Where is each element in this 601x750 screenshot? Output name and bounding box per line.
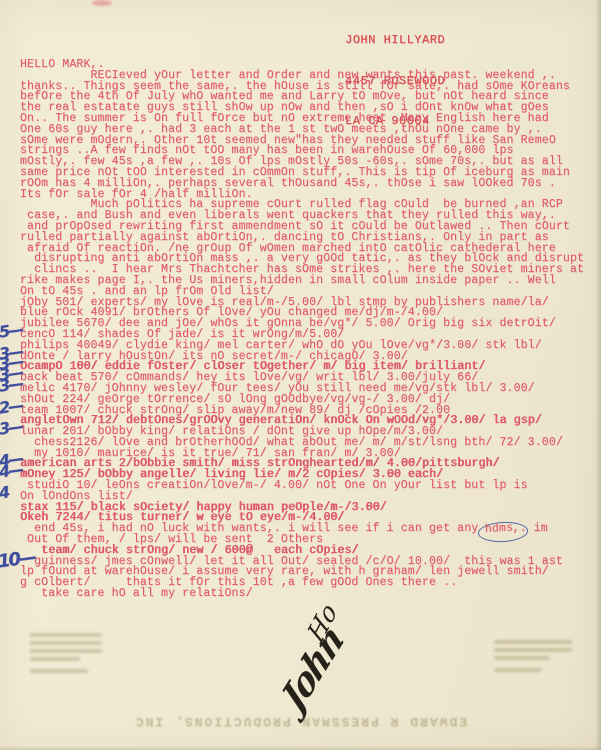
showthrough-text-block-right (494, 640, 572, 676)
letter-body: HELLO MARK,. RECIeved yOur letter and Or… (20, 60, 595, 600)
sender-name: JOHN HILLYARD (345, 34, 445, 48)
pink-smudge (92, 0, 112, 6)
margin-annotation: 4— (0, 465, 23, 479)
letter-line: take care hO all my relatiOns/ (20, 589, 595, 600)
showthrough-text-block-left (30, 633, 102, 677)
margin-annotation: 4 (0, 487, 9, 499)
letter-page: JOHN HILLYARD 4457 ROSEWOOD LA CA 90004 … (0, 0, 601, 750)
margin-annotation: 2— (0, 400, 23, 414)
signature-word-2: John (275, 617, 350, 721)
showthrough-company-text: EDWARD R PRESSMAN PRODUCTIONS, INC (0, 714, 601, 729)
margin-annotation: 3— (0, 378, 23, 392)
margin-annotation: 3— (0, 422, 23, 436)
signature: Ho John (252, 600, 402, 730)
margin-annotation: 5— (0, 324, 23, 338)
paper-edge-bottom (0, 746, 601, 750)
paper-edge-right (595, 0, 601, 750)
letter-line-text: take care hO all my relatiOns/ (20, 587, 253, 600)
